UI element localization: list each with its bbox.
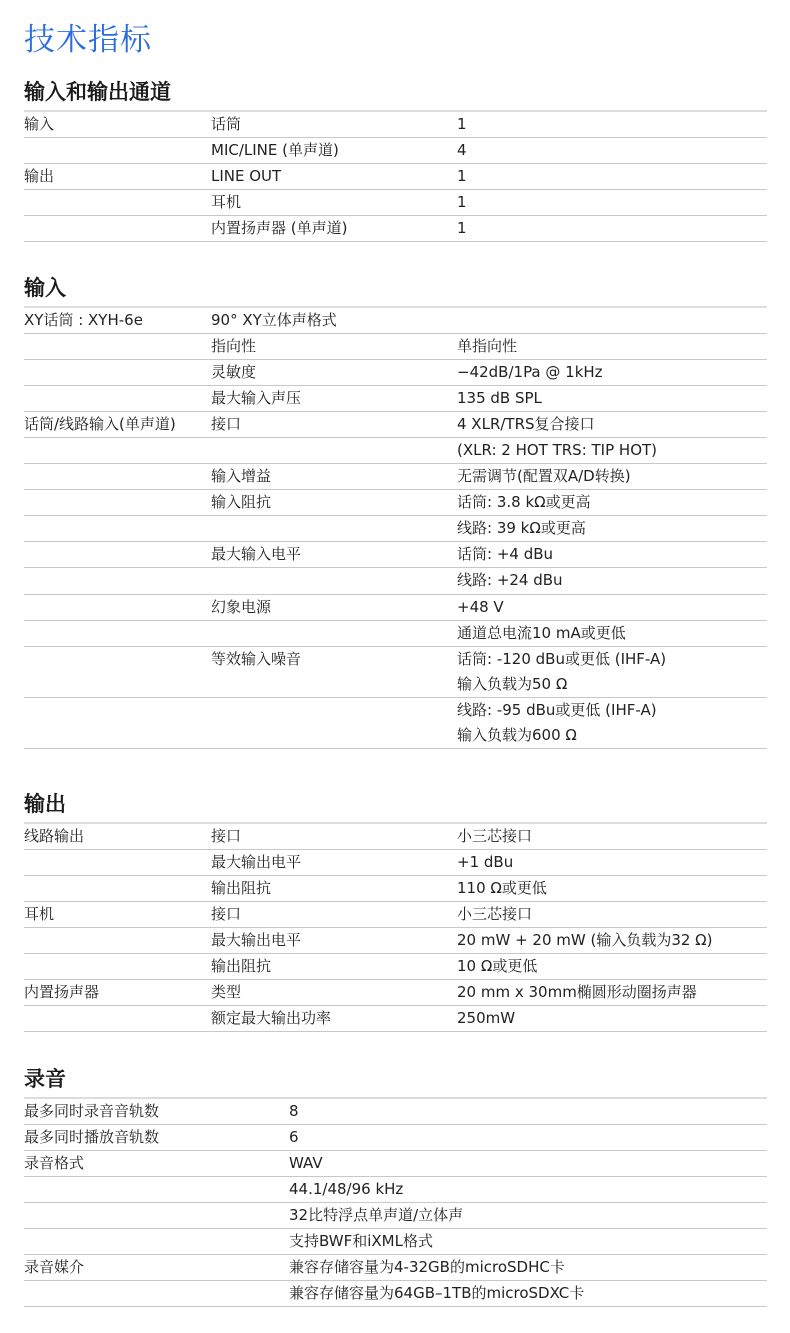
- spec-table-input: XY话筒 : XYH-6e90° XY立体声格式 指向性单指向性 灵敏度−42d…: [24, 306, 767, 749]
- table-row: 录音格式WAV: [24, 1151, 767, 1177]
- table-row: 耳机1: [24, 190, 767, 216]
- table-row: 指向性单指向性: [24, 334, 767, 360]
- row-item: 幻象电源: [211, 595, 457, 620]
- row-value: +1 dBu: [457, 850, 767, 875]
- spec-table-recording: 最多同时录音音轨数8 最多同时播放音轨数6 录音格式WAV 44.1/48/96…: [24, 1097, 767, 1307]
- section-channels: 输入和输出通道 输入话筒1 MIC/LINE (单声道)4 输出LINE OUT…: [24, 77, 767, 242]
- section-output: 输出 线路输出接口小三芯接口 最大输出电平+1 dBu 输出阻抗110 Ω或更低…: [24, 789, 767, 1032]
- row-item: [211, 438, 457, 463]
- row-value: 兼容存储容量为64GB–1TB的microSDXC卡: [289, 1281, 767, 1306]
- table-row: 线路: +24 dBu: [24, 568, 767, 594]
- row-label: [24, 1281, 289, 1306]
- table-row: 最多同时播放音轨数6: [24, 1125, 767, 1151]
- table-row: 32比特浮点单声道/立体声: [24, 1203, 767, 1229]
- row-value: 20 mm x 30mm椭圆形动圈扬声器: [457, 980, 767, 1005]
- table-row: (XLR: 2 HOT TRS: TIP HOT): [24, 438, 767, 464]
- table-row: 44.1/48/96 kHz: [24, 1177, 767, 1203]
- row-value: 20 mW + 20 mW (输入负载为32 Ω): [457, 928, 767, 953]
- row-group: [24, 621, 211, 646]
- row-item: 指向性: [211, 334, 457, 359]
- row-item: 接口: [211, 902, 457, 927]
- table-row: 录音媒介兼容存储容量为4-32GB的microSDHC卡: [24, 1255, 767, 1281]
- table-row: 最大输入电平话筒: +4 dBu: [24, 542, 767, 568]
- section-input: 输入 XY话筒 : XYH-6e90° XY立体声格式 指向性单指向性 灵敏度−…: [24, 273, 767, 749]
- row-item: 最大输出电平: [211, 928, 457, 953]
- row-group: 输出: [24, 164, 211, 189]
- row-group: [24, 216, 211, 241]
- row-value: 小三芯接口: [457, 902, 767, 927]
- table-row: 线路输出接口小三芯接口: [24, 824, 767, 850]
- row-value: 32比特浮点单声道/立体声: [289, 1203, 767, 1228]
- row-value: 8: [289, 1099, 767, 1124]
- row-group: [24, 516, 211, 541]
- table-row: 最多同时录音音轨数8: [24, 1099, 767, 1125]
- table-row: 输入阻抗话筒: 3.8 kΩ或更高: [24, 490, 767, 516]
- row-value: 1: [457, 190, 767, 215]
- table-row: 最大输入声压135 dB SPL: [24, 386, 767, 412]
- section-title: 输出: [24, 789, 767, 819]
- row-group: 内置扬声器: [24, 980, 211, 1005]
- row-group: [24, 360, 211, 385]
- row-value: 135 dB SPL: [457, 386, 767, 411]
- table-row: XY话筒 : XYH-6e90° XY立体声格式: [24, 308, 767, 334]
- row-group: 话筒/线路输入(单声道): [24, 412, 211, 437]
- row-group: [24, 138, 211, 163]
- row-item: 输入增益: [211, 464, 457, 489]
- row-group: [24, 464, 211, 489]
- row-label: 最多同时播放音轨数: [24, 1125, 289, 1150]
- row-value: +48 V: [457, 595, 767, 620]
- row-item: [211, 621, 457, 646]
- table-row: 耳机接口小三芯接口: [24, 902, 767, 928]
- row-value: 小三芯接口: [457, 824, 767, 849]
- row-label: [24, 1177, 289, 1202]
- row-group: 耳机: [24, 902, 211, 927]
- row-group: [24, 1006, 211, 1031]
- row-value: 无需调节(配置双A/D转换): [457, 464, 767, 489]
- row-item: 话筒: [211, 112, 457, 137]
- row-group: [24, 334, 211, 359]
- row-label: 录音媒介: [24, 1255, 289, 1280]
- row-value: 1: [457, 164, 767, 189]
- row-item: 接口: [211, 412, 457, 437]
- table-row: 等效输入噪音话筒: -120 dBu或更低 (IHF-A) 输入负载为50 Ω: [24, 647, 767, 698]
- row-group: [24, 850, 211, 875]
- row-group: [24, 595, 211, 620]
- table-row: 通道总电流10 mA或更低: [24, 621, 767, 647]
- row-value: WAV: [289, 1151, 767, 1176]
- row-group: [24, 647, 211, 697]
- row-value: 10 Ω或更低: [457, 954, 767, 979]
- row-group: [24, 490, 211, 515]
- row-value: 单指向性: [457, 334, 767, 359]
- table-row: 最大输出电平+1 dBu: [24, 850, 767, 876]
- table-row: 支持BWF和iXML格式: [24, 1229, 767, 1255]
- row-item: 耳机: [211, 190, 457, 215]
- table-row: 内置扬声器 (单声道)1: [24, 216, 767, 242]
- row-value: 兼容存储容量为4-32GB的microSDHC卡: [289, 1255, 767, 1280]
- row-value: 线路: +24 dBu: [457, 568, 767, 593]
- row-label: 最多同时录音音轨数: [24, 1099, 289, 1124]
- row-value: 话筒: 3.8 kΩ或更高: [457, 490, 767, 515]
- row-label: [24, 1229, 289, 1254]
- table-row: 线路: 39 kΩ或更高: [24, 516, 767, 542]
- row-value: 话筒: -120 dBu或更低 (IHF-A) 输入负载为50 Ω: [457, 647, 767, 697]
- row-item: 额定最大输出功率: [211, 1006, 457, 1031]
- row-group: [24, 568, 211, 593]
- row-item: 类型: [211, 980, 457, 1005]
- row-value: −42dB/1Pa @ 1kHz: [457, 360, 767, 385]
- page-title: 技术指标: [24, 20, 152, 60]
- row-value: 支持BWF和iXML格式: [289, 1229, 767, 1254]
- row-item: 最大输出电平: [211, 850, 457, 875]
- table-row: 幻象电源+48 V: [24, 594, 767, 621]
- row-item: LINE OUT: [211, 164, 457, 189]
- row-value: 线路: -95 dBu或更低 (IHF-A) 输入负载为600 Ω: [457, 698, 767, 748]
- row-label: 录音格式: [24, 1151, 289, 1176]
- section-title: 输入: [24, 273, 767, 303]
- row-item: 等效输入噪音: [211, 647, 457, 697]
- row-item: 最大输入声压: [211, 386, 457, 411]
- row-value: 110 Ω或更低: [457, 876, 767, 901]
- table-row: 最大输出电平20 mW + 20 mW (输入负载为32 Ω): [24, 928, 767, 954]
- table-row: 灵敏度−42dB/1Pa @ 1kHz: [24, 360, 767, 386]
- row-item: 输入阻抗: [211, 490, 457, 515]
- row-item: [211, 698, 457, 748]
- row-label: [24, 1203, 289, 1228]
- row-group: [24, 190, 211, 215]
- row-item: 灵敏度: [211, 360, 457, 385]
- row-item: MIC/LINE (单声道): [211, 138, 457, 163]
- row-value: 4 XLR/TRS复合接口: [457, 412, 767, 437]
- table-row: 输入增益无需调节(配置双A/D转换): [24, 464, 767, 490]
- row-item: [211, 568, 457, 593]
- row-item: 90° XY立体声格式: [211, 308, 457, 333]
- section-recording: 录音 最多同时录音音轨数8 最多同时播放音轨数6 录音格式WAV 44.1/48…: [24, 1064, 767, 1307]
- section-title: 录音: [24, 1064, 767, 1094]
- row-value: 线路: 39 kΩ或更高: [457, 516, 767, 541]
- table-row: 输出LINE OUT1: [24, 164, 767, 190]
- table-row: 额定最大输出功率250mW: [24, 1006, 767, 1032]
- row-value: 通道总电流10 mA或更低: [457, 621, 767, 646]
- row-value: 4: [457, 138, 767, 163]
- table-row: 输入话筒1: [24, 112, 767, 138]
- row-value: 6: [289, 1125, 767, 1150]
- row-item: [211, 516, 457, 541]
- row-item: 输出阻抗: [211, 876, 457, 901]
- table-row: 输出阻抗110 Ω或更低: [24, 876, 767, 902]
- spec-table-channels: 输入话筒1 MIC/LINE (单声道)4 输出LINE OUT1 耳机1 内置…: [24, 110, 767, 242]
- row-group: [24, 542, 211, 567]
- row-group: [24, 876, 211, 901]
- row-value: 话筒: +4 dBu: [457, 542, 767, 567]
- row-group: 输入: [24, 112, 211, 137]
- row-group: [24, 954, 211, 979]
- row-value: 1: [457, 112, 767, 137]
- row-item: 最大输入电平: [211, 542, 457, 567]
- row-group: 线路输出: [24, 824, 211, 849]
- spec-table-output: 线路输出接口小三芯接口 最大输出电平+1 dBu 输出阻抗110 Ω或更低 耳机…: [24, 822, 767, 1032]
- row-item: 内置扬声器 (单声道): [211, 216, 457, 241]
- row-item: 接口: [211, 824, 457, 849]
- section-title: 输入和输出通道: [24, 77, 767, 107]
- table-row: 话筒/线路输入(单声道)接口4 XLR/TRS复合接口: [24, 412, 767, 438]
- table-row: 兼容存储容量为64GB–1TB的microSDXC卡: [24, 1281, 767, 1307]
- row-value: 250mW: [457, 1006, 767, 1031]
- table-row: 内置扬声器类型20 mm x 30mm椭圆形动圈扬声器: [24, 980, 767, 1006]
- table-row: 输出阻抗10 Ω或更低: [24, 954, 767, 980]
- table-row: 线路: -95 dBu或更低 (IHF-A) 输入负载为600 Ω: [24, 698, 767, 749]
- table-row: MIC/LINE (单声道)4: [24, 138, 767, 164]
- row-value: [457, 308, 767, 333]
- row-item: 输出阻抗: [211, 954, 457, 979]
- row-group: [24, 438, 211, 463]
- row-group: XY话筒 : XYH-6e: [24, 308, 211, 333]
- row-group: [24, 928, 211, 953]
- row-group: [24, 386, 211, 411]
- row-group: [24, 698, 211, 748]
- row-value: (XLR: 2 HOT TRS: TIP HOT): [457, 438, 767, 463]
- row-value: 1: [457, 216, 767, 241]
- row-value: 44.1/48/96 kHz: [289, 1177, 767, 1202]
